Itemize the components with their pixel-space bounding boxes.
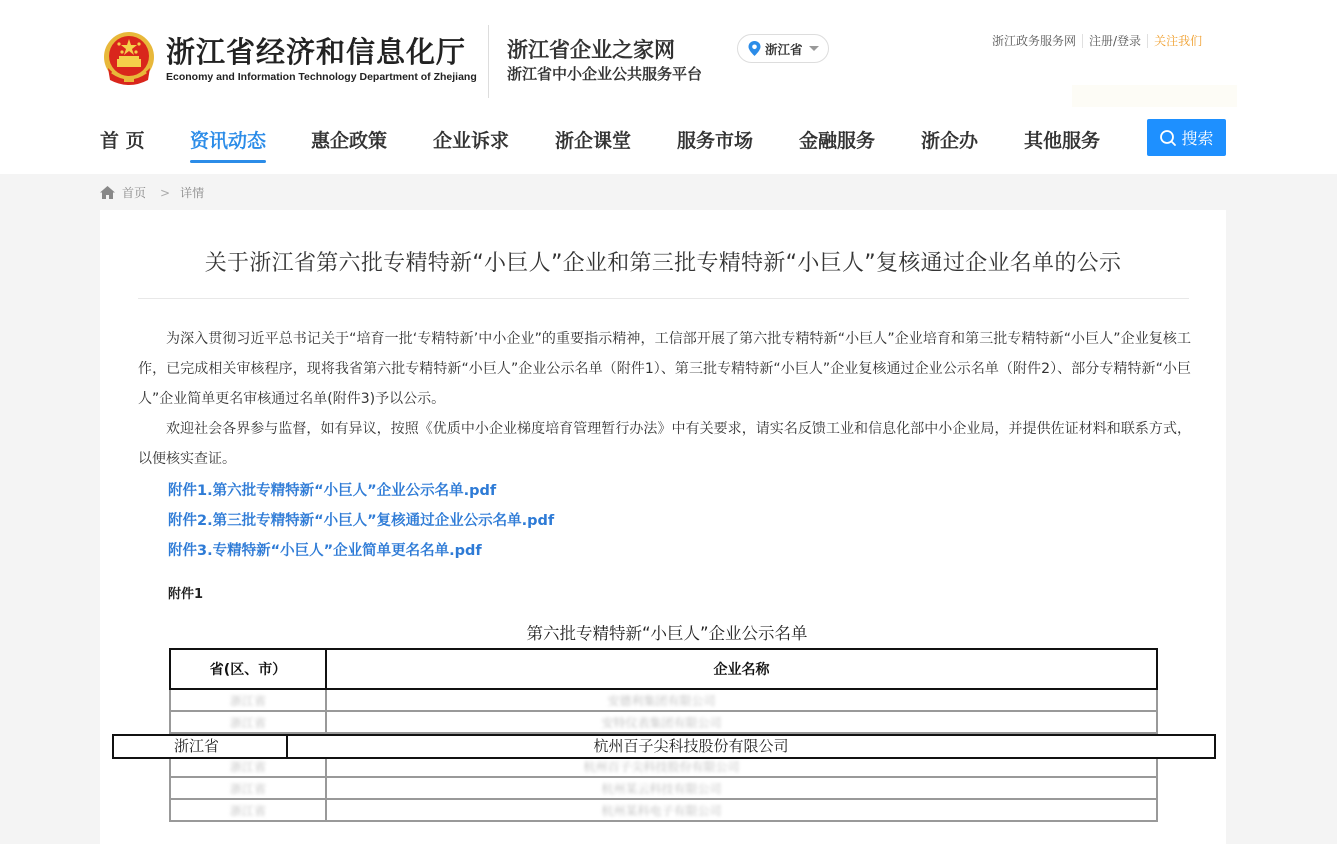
enterprise-home-logo[interactable]: 浙江省企业之家网 浙江省中小企业公共服务平台 <box>507 36 702 84</box>
search-icon <box>1159 129 1177 147</box>
department-name-cn: 浙江省经济和信息化厅 <box>166 35 477 69</box>
table-row: 浙江省安德利集团有限公司 <box>170 689 1157 711</box>
region-selected: 浙江省 <box>765 40 803 58</box>
nav-home[interactable]: 首 页 <box>100 126 145 165</box>
chevron-down-icon <box>809 46 819 51</box>
article-title: 关于浙江省第六批专精特新“小巨人”企业和第三批专精特新“小巨人”复核通过企业名单… <box>100 246 1226 277</box>
national-emblem-icon <box>102 30 156 88</box>
main-nav: 首 页 资讯动态 惠企政策 企业诉求 浙企课堂 服务市场 金融服务 浙企办 其他… <box>100 120 1226 165</box>
title-divider <box>138 298 1189 299</box>
site-title: 浙江省企业之家网 <box>507 36 702 64</box>
nav-classroom[interactable]: 浙企课堂 <box>555 126 631 165</box>
attachment-link-3[interactable]: 附件3.专精特新“小巨人”企业简单更名名单.pdf <box>168 536 1191 566</box>
zhejiang-gov-service-link[interactable]: 浙江政务服务网 <box>992 34 1083 48</box>
highlighted-province: 浙江省 <box>114 736 288 757</box>
chevron-right-icon: > <box>160 186 170 200</box>
highlighted-table-row: 浙江省 杭州百子尖科技股份有限公司 <box>112 734 1216 759</box>
search-button[interactable]: 搜索 <box>1147 119 1226 156</box>
breadcrumb: 首页 > 详情 <box>100 184 204 201</box>
region-select[interactable]: 浙江省 <box>737 34 829 63</box>
nav-service-market[interactable]: 服务市场 <box>677 126 753 165</box>
header-divider <box>488 25 489 98</box>
attachment-link-2[interactable]: 附件2.第三批专精特新“小巨人”复核通过企业公示名单.pdf <box>168 506 1191 536</box>
department-logo[interactable]: 浙江省经济和信息化厅 Economy and Information Techn… <box>102 30 477 88</box>
header-faded-area <box>1072 85 1237 107</box>
site-subtitle: 浙江省中小企业公共服务平台 <box>507 64 702 84</box>
attachment-heading: 附件1 <box>138 580 1191 610</box>
location-pin-icon <box>748 41 761 56</box>
register-login-link[interactable]: 注册/登录 <box>1083 34 1148 48</box>
breadcrumb-home[interactable]: 首页 <box>122 184 146 201</box>
nav-finance[interactable]: 金融服务 <box>799 126 875 165</box>
top-links: 浙江政务服务网 注册/登录 关注我们 <box>992 34 1202 48</box>
nav-appeals[interactable]: 企业诉求 <box>433 126 509 165</box>
paragraph: 为深入贯彻习近平总书记关于“培育一批‘专精特新’中小企业”的重要指示精神，工信部… <box>138 324 1191 414</box>
attachment-link-1[interactable]: 附件1.第六批专精特新“小巨人”企业公示名单.pdf <box>168 476 1191 506</box>
home-icon <box>100 186 115 199</box>
paragraph: 欢迎社会各界参与监督，如有异议，按照《优质中小企业梯度培育管理暂行办法》中有关要… <box>138 414 1191 474</box>
table-row: 浙江省安特仪表集团有限公司 <box>170 711 1157 733</box>
table-title: 第六批专精特新“小巨人”企业公示名单 <box>100 620 1234 644</box>
department-name-en: Economy and Information Technology Depar… <box>166 71 477 83</box>
highlighted-company: 杭州百子尖科技股份有限公司 <box>288 736 1214 757</box>
table-row: 浙江省杭州某云科技有限公司 <box>170 777 1157 799</box>
table-row: 浙江省杭州某科电子有限公司 <box>170 799 1157 821</box>
column-header-province: 省(区、市） <box>170 649 326 689</box>
breadcrumb-current: 详情 <box>180 184 204 201</box>
article-body: 为深入贯彻习近平总书记关于“培育一批‘专精特新’中小企业”的重要指示精神，工信部… <box>138 324 1191 610</box>
column-header-company: 企业名称 <box>326 649 1157 689</box>
site-header: 浙江省经济和信息化厅 Economy and Information Techn… <box>0 0 1337 174</box>
nav-policies[interactable]: 惠企政策 <box>311 126 387 165</box>
follow-us-link[interactable]: 关注我们 <box>1148 34 1202 48</box>
search-label: 搜索 <box>1181 126 1213 149</box>
attachment-list: 附件1.第六批专精特新“小巨人”企业公示名单.pdf 附件2.第三批专精特新“小… <box>138 476 1191 566</box>
nav-other-services[interactable]: 其他服务 <box>1024 126 1100 165</box>
nav-news[interactable]: 资讯动态 <box>190 126 266 165</box>
nav-zheqiban[interactable]: 浙企办 <box>921 126 978 165</box>
